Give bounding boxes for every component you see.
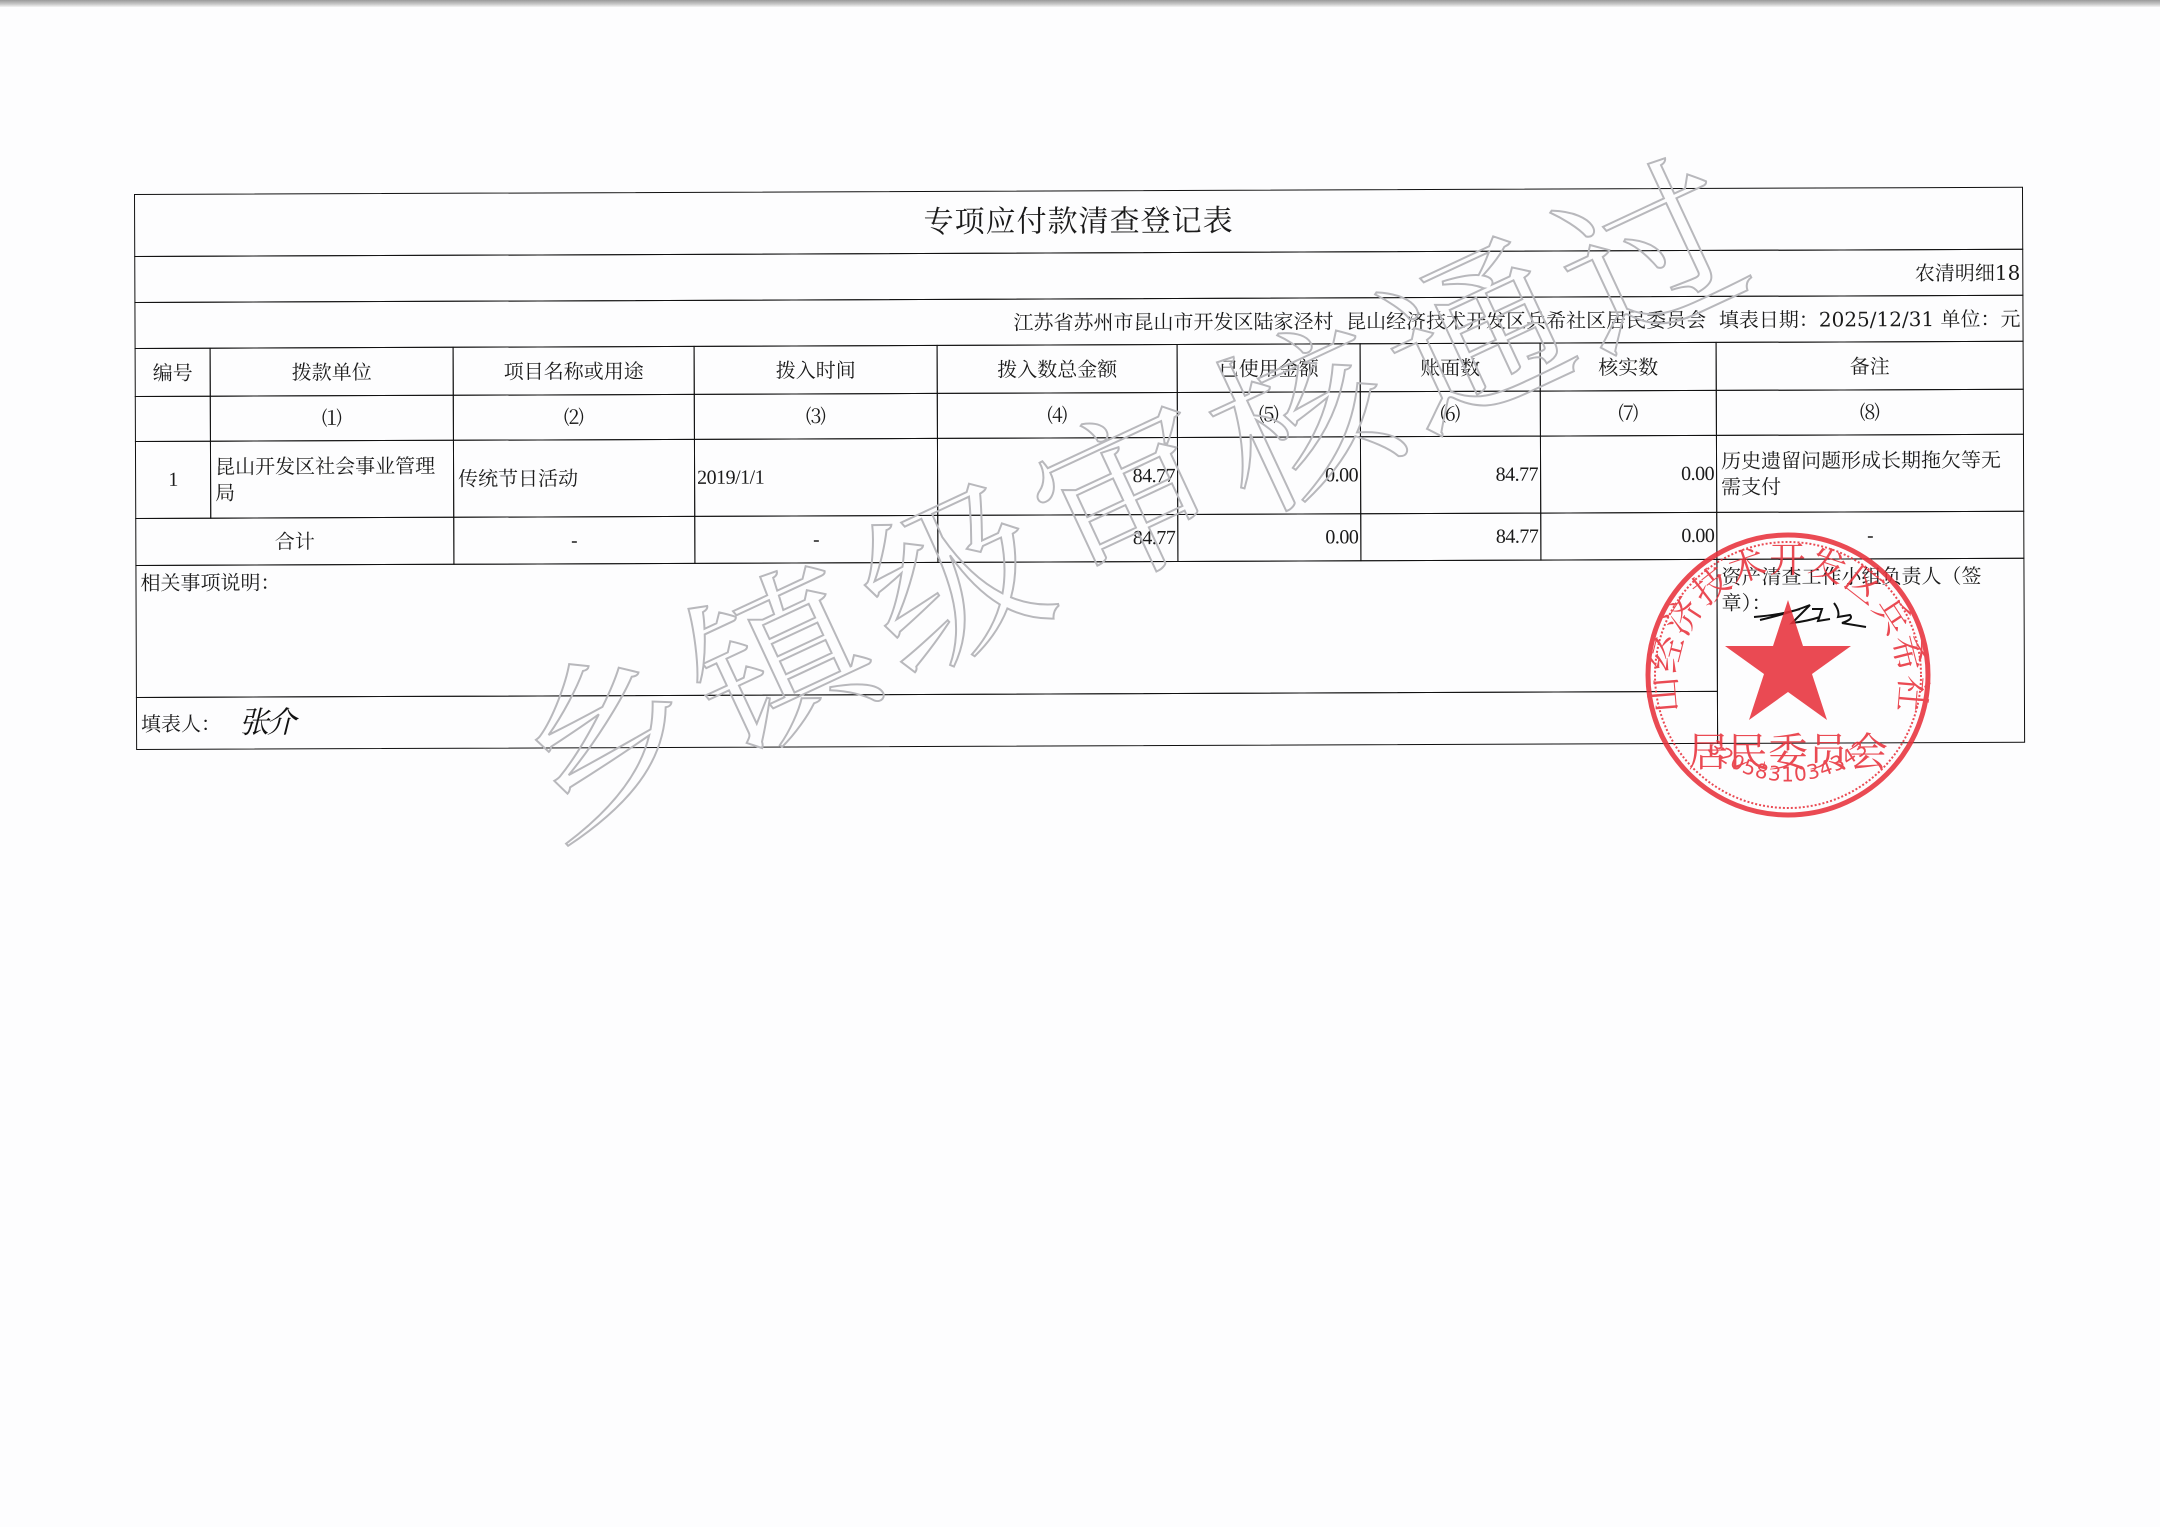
scan-edge: [0, 0, 2160, 7]
row-total-amount: 84.77: [937, 437, 1178, 516]
header-no: 编号: [135, 348, 211, 397]
row-project: 传统节日活动: [453, 439, 695, 518]
header-project: 项目名称或用途: [453, 346, 695, 396]
total-date: -: [694, 515, 938, 564]
filler-signature: 张介: [239, 703, 293, 742]
responsible-label: 资产清查工作小组负责人（签章）：: [1721, 563, 2017, 616]
responsible-signature-field: 资产清查工作小组负责人（签章）：: [1716, 558, 2025, 744]
colnum-5: ⑸: [1177, 391, 1361, 438]
header-funding-unit: 拨款单位: [210, 347, 454, 397]
header-verified-value: 核实数: [1540, 342, 1717, 392]
colnum-1: ⑴: [210, 395, 454, 442]
row-no: 1: [135, 441, 211, 519]
notes-label: 相关事项说明：: [140, 569, 280, 596]
total-total-amount: 84.77: [937, 514, 1178, 563]
colnum-3: ⑶: [694, 393, 938, 440]
colnum-2: ⑵: [453, 394, 695, 441]
colnum-8: ⑻: [1716, 389, 2024, 436]
header-date: 拨入时间: [694, 345, 938, 395]
header-book-value: 账面数: [1360, 343, 1541, 393]
filler-label: 填表人：: [141, 710, 221, 736]
colnum-6: ⑹: [1360, 391, 1541, 438]
header-remark: 备注: [1716, 341, 2024, 391]
total-verified-value: 0.00: [1540, 512, 1717, 561]
row-funding-unit: 昆山开发区社会事业管理局: [210, 440, 454, 519]
register-form: 专项应付款清查登记表 农清明细18 江苏省苏州市昆山市开发区陆家泾村 昆山经济技…: [134, 187, 2025, 750]
row-used-amount: 0.00: [1177, 436, 1361, 515]
total-project: -: [453, 516, 695, 565]
colnum-7: ⑺: [1540, 390, 1717, 437]
total-label: 合计: [135, 517, 454, 566]
colnum-0: [135, 396, 211, 442]
form-title: 专项应付款清查登记表: [134, 187, 2023, 257]
header-total-amount: 拨入数总金额: [937, 344, 1178, 394]
colnum-4: ⑷: [937, 392, 1178, 439]
notes-field: 相关事项说明：: [135, 559, 1717, 698]
total-book-value: 84.77: [1360, 513, 1541, 562]
filler-field: 填表人： 张介: [136, 691, 1718, 750]
total-used-amount: 0.00: [1177, 513, 1361, 562]
header-used-amount: 已使用金额: [1177, 343, 1361, 393]
row-book-value: 84.77: [1360, 436, 1541, 515]
total-remark: -: [1716, 511, 2024, 560]
row-verified-value: 0.00: [1540, 435, 1717, 514]
row-remark: 历史遗留问题形成长期拖欠等无需支付: [1716, 434, 2024, 513]
row-date: 2019/1/1: [694, 438, 938, 517]
